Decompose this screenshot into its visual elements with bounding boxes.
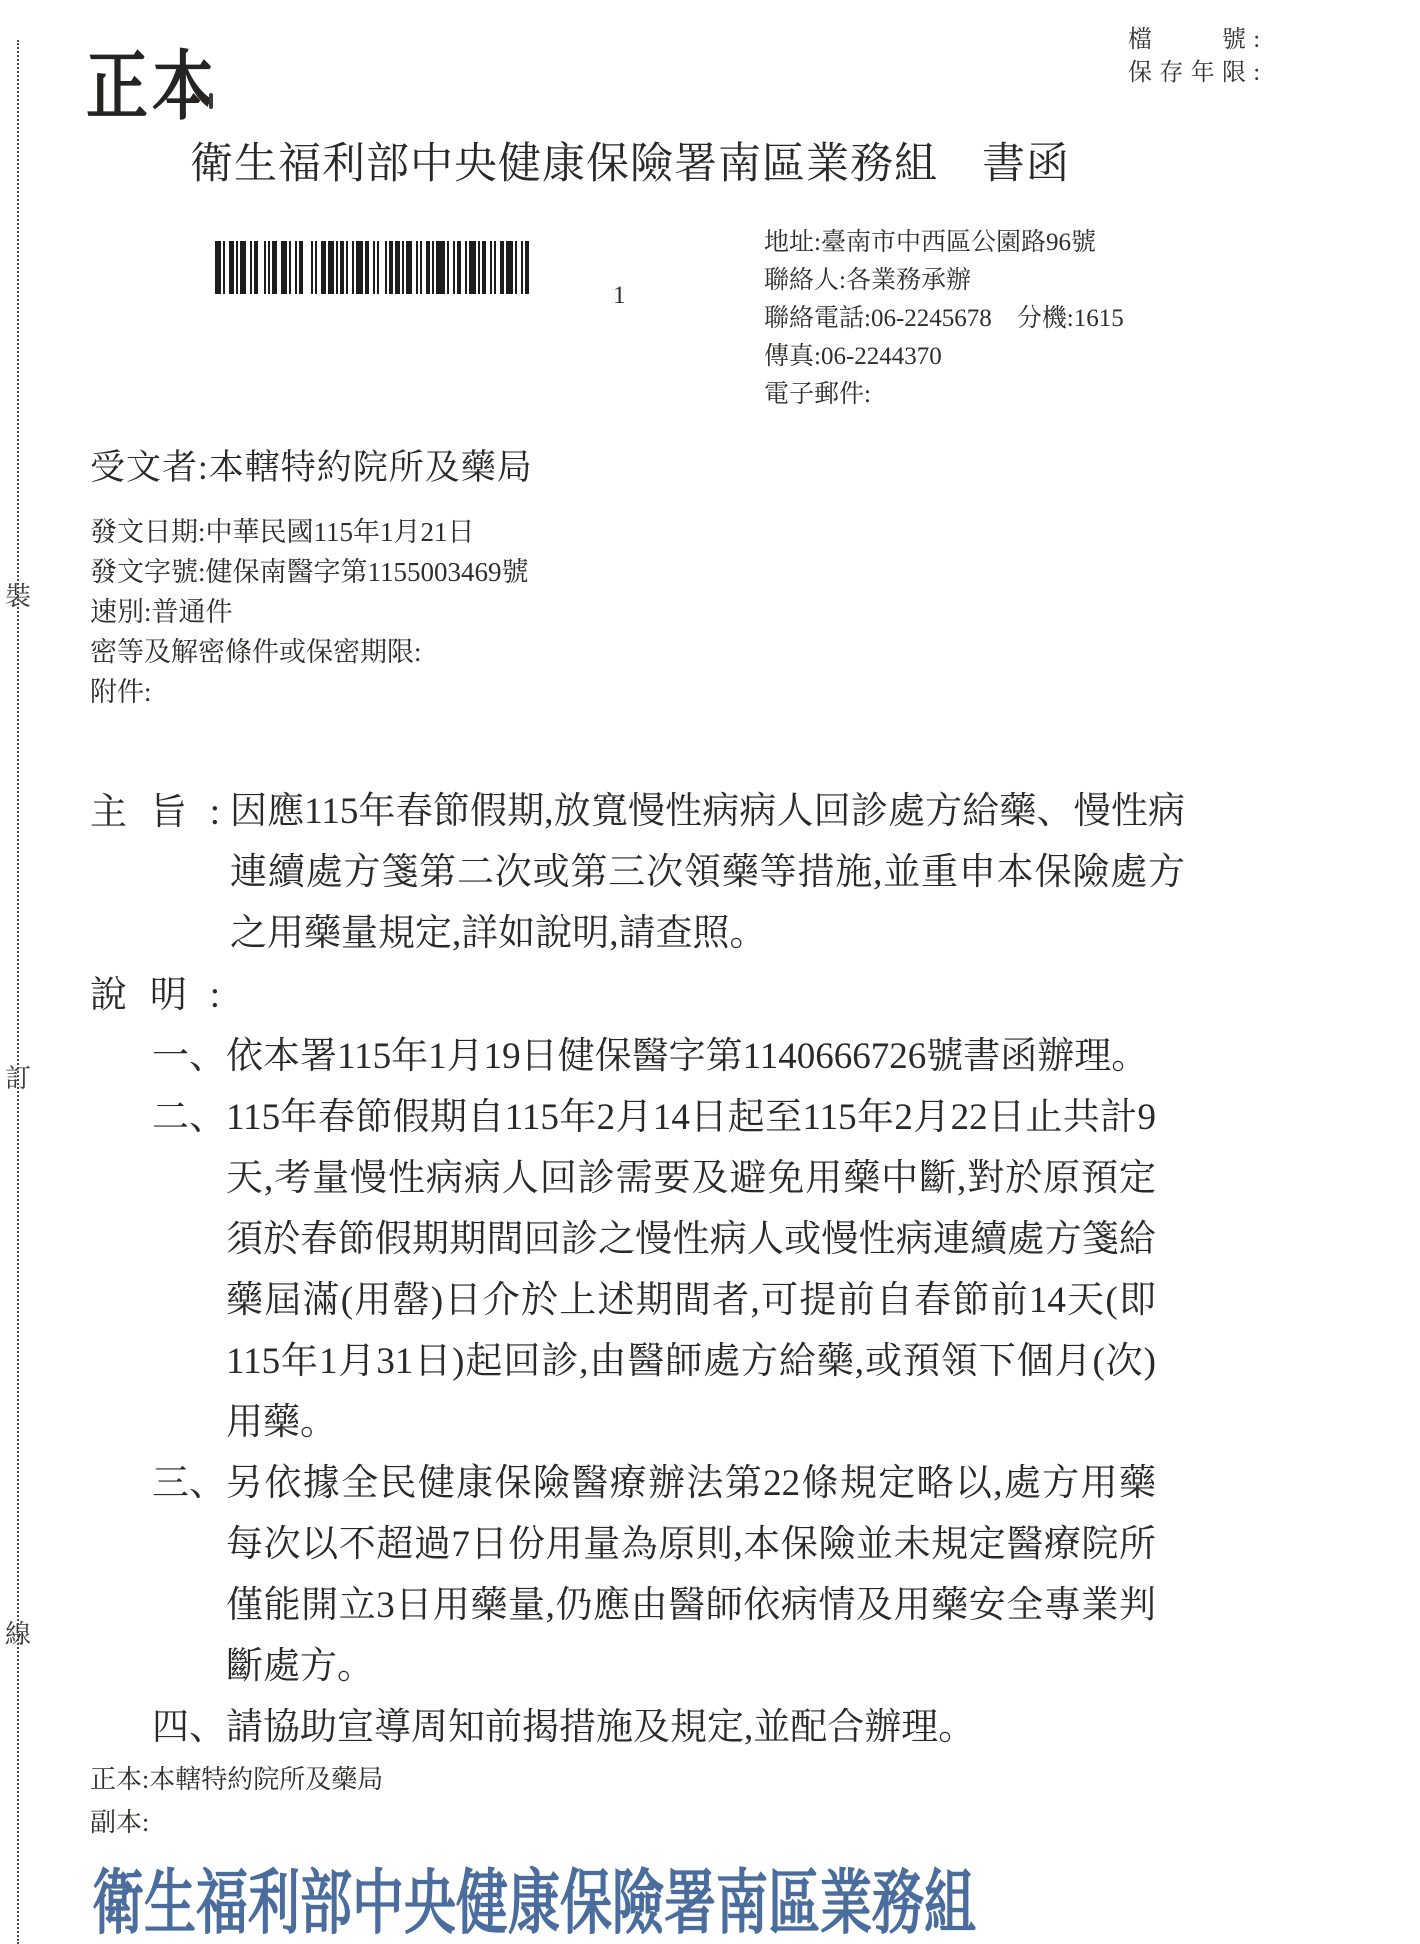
doc-number-line: 發文字號:健保南醫字第1155003469號 xyxy=(90,552,529,592)
subject-section: 主旨: 因應115年春節假期,放寬慢性病病人回診處方給藥、慢性病連續處方箋第二次… xyxy=(90,781,1185,964)
sender-contact-block: 地址:臺南市中西區公園路96號 聯絡人:各業務承辦 聯絡電話:06-224567… xyxy=(764,224,1124,414)
item-marker: 一、 xyxy=(152,1026,226,1087)
binding-mark-xian: 線 xyxy=(1,1614,35,1651)
file-header: 檔 號: 保存年限: xyxy=(1128,24,1260,90)
binding-mark-zhuang: 裝 xyxy=(1,576,35,613)
document-meta-block: 發文日期:中華民國115年1月21日 發文字號:健保南醫字第1155003469… xyxy=(90,512,529,712)
explanation-item-1: 一、 依本署115年1月19日健保醫字第1140666726號書函辦理。 xyxy=(152,1026,1162,1087)
document-page: 裝 訂 線 正本 檔 號: 保存年限: 衛生福利部中央健康保險署南區業務組 書函… xyxy=(0,0,1420,1944)
subject-label: 主旨: xyxy=(90,781,220,835)
contact-phone: 聯絡電話:06-2245678 分機:1615 xyxy=(764,300,1124,338)
distribution-block: 正本:本轄特約院所及藥局 副本: xyxy=(90,1758,383,1844)
explanation-item-3: 三、 另依據全民健康保險醫療辦法第22條規定略以,處方用藥每次以不超過7日份用量… xyxy=(152,1453,1162,1697)
recipient-line: 受文者:本轄特約院所及藥局 xyxy=(90,440,533,490)
item-text: 115年春節假期自115年2月14日起至115年2月22日止共計9天,考量慢性病… xyxy=(226,1087,1156,1453)
barcode xyxy=(215,241,597,294)
item-text: 請協助宣導周知前揭措施及規定,並配合辦理。 xyxy=(226,1697,1156,1758)
issue-date-line: 發文日期:中華民國115年1月21日 xyxy=(90,512,529,552)
item-text: 依本署115年1月19日健保醫字第1140666726號書函辦理。 xyxy=(226,1026,1156,1087)
distribution-copy-line: 副本: xyxy=(90,1801,383,1844)
retention-period-label: 保存年限: xyxy=(1128,57,1260,90)
document-title: 衛生福利部中央健康保險署南區業務組 書函 xyxy=(190,130,1070,191)
file-number-label: 檔 號: xyxy=(1128,24,1260,57)
explanation-item-4: 四、 請協助宣導周知前揭措施及規定,並配合辦理。 xyxy=(152,1697,1162,1758)
security-line: 密等及解密條件或保密期限: xyxy=(90,632,529,672)
attachment-line: 附件: xyxy=(90,672,529,712)
scan-artifact-mark xyxy=(209,93,213,109)
subject-text: 因應115年春節假期,放寬慢性病病人回診處方給藥、慢性病連續處方箋第二次或第三次… xyxy=(230,781,1185,964)
barcode-page-number: 1 xyxy=(613,282,626,310)
contact-address: 地址:臺南市中西區公園路96號 xyxy=(764,224,1124,262)
agency-stamp: 衛生福利部中央健康保險署南區業務組 xyxy=(92,1846,976,1944)
item-marker: 四、 xyxy=(152,1697,226,1758)
copy-type-label: 正本 xyxy=(86,26,218,135)
priority-line: 速別:普通件 xyxy=(90,592,529,632)
item-text: 另依據全民健康保險醫療辦法第22條規定略以,處方用藥每次以不超過7日份用量為原則… xyxy=(226,1453,1156,1697)
item-marker: 三、 xyxy=(152,1453,226,1514)
distribution-original-line: 正本:本轄特約院所及藥局 xyxy=(90,1758,383,1801)
binding-mark-ding: 訂 xyxy=(1,1058,35,1095)
contact-email: 電子郵件: xyxy=(764,376,1124,414)
item-marker: 二、 xyxy=(152,1087,226,1148)
explanation-items: 一、 依本署115年1月19日健保醫字第1140666726號書函辦理。 二、 … xyxy=(152,1026,1162,1758)
explanation-label: 說明: xyxy=(90,964,220,1018)
explanation-item-2: 二、 115年春節假期自115年2月14日起至115年2月22日止共計9天,考量… xyxy=(152,1087,1162,1453)
contact-person: 聯絡人:各業務承辦 xyxy=(764,262,1124,300)
binding-dotted-line xyxy=(17,40,19,1944)
contact-fax: 傳真:06-2244370 xyxy=(764,338,1124,376)
